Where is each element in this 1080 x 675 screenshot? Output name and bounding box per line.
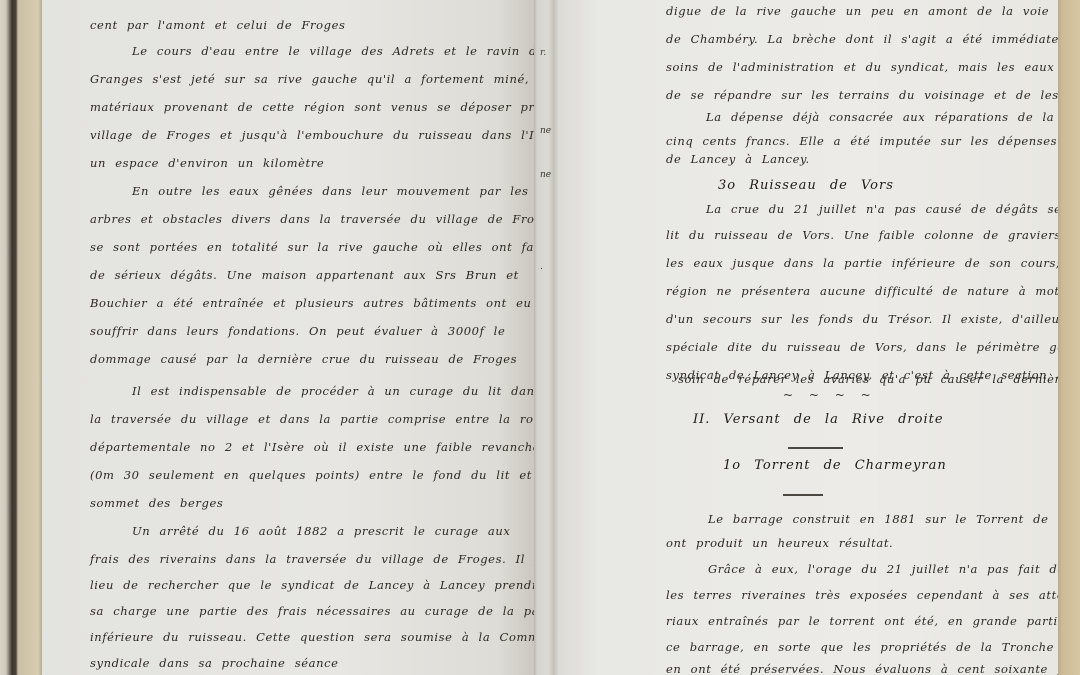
- manuscript-line: riaux entraînés par le torrent ont été, …: [666, 614, 1060, 628]
- right-page: digue de la rive gauche un peu en amont …: [558, 0, 1060, 675]
- manuscript-line: soin de réparer les avaries qu'a pu caus…: [678, 372, 1060, 386]
- margin-mark: ne: [540, 126, 551, 136]
- manuscript-line: soins de l'administration et du syndicat…: [666, 60, 1060, 74]
- manuscript-line: les eaux jusque dans la partie inférieur…: [666, 256, 1060, 270]
- manuscript-line: cinq cents francs. Elle a été imputée su…: [666, 134, 1060, 148]
- subsection-heading: 1o Torrent de Charmeyran: [723, 458, 947, 473]
- manuscript-line: sa charge une partie des frais nécessair…: [90, 604, 537, 618]
- book-page-edges: [0, 0, 42, 675]
- manuscript-line: lit du ruisseau de Vors. Une faible colo…: [666, 228, 1060, 242]
- manuscript-line: de sérieux dégâts. Une maison appartenan…: [90, 268, 519, 282]
- manuscript-line: Le barrage construit en 1881 sur le Torr…: [708, 512, 1060, 526]
- manuscript-line: Il est indispensable de procéder à un cu…: [132, 384, 537, 398]
- manuscript-line: Le cours d'eau entre le village des Adre…: [132, 44, 537, 58]
- manuscript-line: se sont portées en totalité sur la rive …: [90, 240, 537, 254]
- manuscript-line: syndicale dans sa prochaine séance: [90, 656, 339, 670]
- manuscript-line: de Lancey à Lancey.: [666, 152, 810, 166]
- manuscript-line: cent par l'amont et celui de Froges: [90, 18, 346, 32]
- manuscript-line: matériaux provenant de cette région sont…: [90, 100, 537, 114]
- section-divider: ~ ~ ~ ~: [783, 388, 877, 402]
- manuscript-line: arbres et obstacles divers dans la trave…: [90, 212, 537, 226]
- manuscript-line: d'un secours sur les fonds du Trésor. Il…: [666, 312, 1060, 326]
- manuscript-line: digue de la rive gauche un peu en amont …: [666, 4, 1060, 18]
- manuscript-line: ce barrage, en sorte que les propriétés …: [666, 640, 1060, 654]
- manuscript-line: Un arrêté du 16 août 1882 a prescrit le …: [132, 524, 510, 538]
- manuscript-line: En outre les eaux gênées dans leur mouve…: [132, 184, 537, 198]
- manuscript-line: spéciale dite du ruisseau de Vors, dans …: [666, 340, 1060, 354]
- manuscript-line: de Chambéry. La brèche dont il s'agit a …: [666, 32, 1060, 46]
- heading-underline: [788, 447, 843, 449]
- manuscript-line: village de Froges et jusqu'à l'embouchur…: [90, 128, 537, 142]
- part-heading: II. Versant de la Rive droite: [693, 412, 944, 427]
- manuscript-line: départementale no 2 et l'Isère où il exi…: [90, 440, 537, 454]
- manuscript-line: sommet des berges: [90, 496, 223, 510]
- manuscript-line: frais des riverains dans la traversée du…: [90, 552, 537, 566]
- manuscript-line: inférieure du ruisseau. Cette question s…: [90, 630, 537, 644]
- manuscript-line: de se répandre sur les terrains du voisi…: [666, 88, 1060, 102]
- manuscript-line: ont produit un heureux résultat.: [666, 536, 893, 550]
- margin-mark: r.: [540, 48, 546, 58]
- manuscript-line: souffrir dans leurs fondations. On peut …: [90, 324, 505, 338]
- manuscript-line: la traversée du village et dans la parti…: [90, 412, 537, 426]
- left-page: cent par l'amont et celui de Froges Le c…: [42, 0, 537, 675]
- manuscript-line: La crue du 21 juillet n'a pas causé de d…: [706, 202, 1060, 216]
- book-binding-edge: [1058, 0, 1080, 675]
- manuscript-line: région ne présentera aucune difficulté d…: [666, 284, 1060, 298]
- margin-mark: ne: [540, 170, 551, 180]
- manuscript-line: Granges s'est jeté sur sa rive gauche qu…: [90, 72, 537, 86]
- manuscript-line: en ont été préservées. Nous évaluons à c…: [666, 662, 1060, 675]
- manuscript-line: les terres riveraines très exposées cepe…: [666, 588, 1060, 602]
- manuscript-line: Grâce à eux, l'orage du 21 juillet n'a p…: [708, 562, 1060, 576]
- section-heading: 3o Ruisseau de Vors: [718, 178, 894, 193]
- manuscript-line: (0m 30 seulement en quelques points) ent…: [90, 468, 537, 482]
- manuscript-line: lieu de rechercher que le syndicat de La…: [90, 578, 537, 592]
- manuscript-line: La dépense déjà consacrée aux réparation…: [706, 110, 1060, 124]
- manuscript-line: dommage causé par la dernière crue du ru…: [90, 352, 517, 366]
- book-gutter: r. ne ne .: [534, 0, 558, 675]
- manuscript-line: un espace d'environ un kilomètre: [90, 156, 324, 170]
- margin-mark: .: [540, 262, 543, 272]
- manuscript-line: Bouchier a été entraînée et plusieurs au…: [90, 296, 537, 310]
- heading-underline: [783, 494, 823, 496]
